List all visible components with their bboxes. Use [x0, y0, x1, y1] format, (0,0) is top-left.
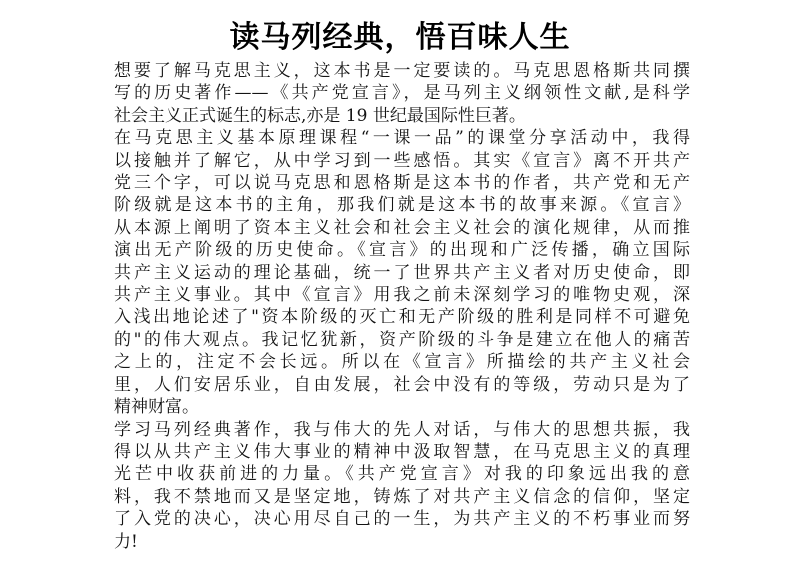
- text-line: 精神财富。: [114, 396, 690, 418]
- text-line: 从本源上阐明了资本主义社会和社会主义社会的演化规律，从而推: [114, 217, 690, 239]
- text-line: 了入党的决心，决心用尽自己的一生，为共产主义的不朽事业而努: [114, 508, 690, 530]
- text-line: 光芒中收获前进的力量。《共产党宣言》对我的印象远出我的意: [114, 463, 690, 485]
- text-line: 料，我不禁地而又是坚定地，铸炼了对共产主义信念的信仰，坚定: [114, 486, 690, 508]
- page-title: 读马列经典，悟百味人生: [0, 12, 800, 56]
- text-line: 共产主义事业。其中《宣言》用我之前未深刻学习的唯物史观，深: [114, 284, 690, 306]
- text-line: 写的历史著作——《共产党宣言》，是马列主义纲领性文献,是科学: [114, 82, 690, 104]
- text-line: 的"的伟大观点。我记忆犹新，资产阶级的斗争是建立在他人的痛苦: [114, 329, 690, 351]
- text-line: 阶级就是这本书的主角，那我们就是这本书的故事来源。《宣言》: [114, 194, 690, 216]
- text-line: 之上的，注定不会长远。所以在《宣言》所描绘的共产主义社会: [114, 351, 690, 373]
- text-line: 入浅出地论述了"资本阶级的灭亡和无产阶级的胜利是同样不可避免: [114, 306, 690, 328]
- essay-body: 想要了解马克思主义，这本书是一定要读的。马克思恩格斯共同撰写的历史著作——《共产…: [114, 60, 690, 553]
- text-line: 得以从共产主义伟大事业的精神中汲取智慧，在马克思主义的真理: [114, 441, 690, 463]
- text-line: 力!: [114, 531, 690, 553]
- text-line: 里，人们安居乐业，自由发展，社会中没有的等级，劳动只是为了: [114, 374, 690, 396]
- text-line: 学习马列经典著作，我与伟大的先人对话，与伟大的思想共振，我: [114, 419, 690, 441]
- text-line: 党三个字，可以说马克思和恩格斯是这本书的作者，共产党和无产: [114, 172, 690, 194]
- text-line: 社会主义正式诞生的标志,亦是 19 世纪最国际性巨著。: [114, 105, 690, 127]
- paragraph: 在马克思主义基本原理课程“一课一品”的课堂分享活动中，我得以接触并了解它，从中学…: [114, 127, 690, 418]
- text-line: 演出无产阶级的历史使命。《宣言》的出现和广泛传播，确立国际: [114, 239, 690, 261]
- text-line: 想要了解马克思主义，这本书是一定要读的。马克思恩格斯共同撰: [114, 60, 690, 82]
- paragraph: 学习马列经典著作，我与伟大的先人对话，与伟大的思想共振，我得以从共产主义伟大事业…: [114, 419, 690, 553]
- document-page: 读马列经典，悟百味人生 想要了解马克思主义，这本书是一定要读的。马克思恩格斯共同…: [0, 0, 800, 568]
- paragraph: 想要了解马克思主义，这本书是一定要读的。马克思恩格斯共同撰写的历史著作——《共产…: [114, 60, 690, 127]
- text-line: 在马克思主义基本原理课程“一课一品”的课堂分享活动中，我得: [114, 127, 690, 149]
- text-line: 以接触并了解它，从中学习到一些感悟。其实《宣言》离不开共产: [114, 150, 690, 172]
- text-line: 共产主义运动的理论基础，统一了世界共产主义者对历史使命，即: [114, 262, 690, 284]
